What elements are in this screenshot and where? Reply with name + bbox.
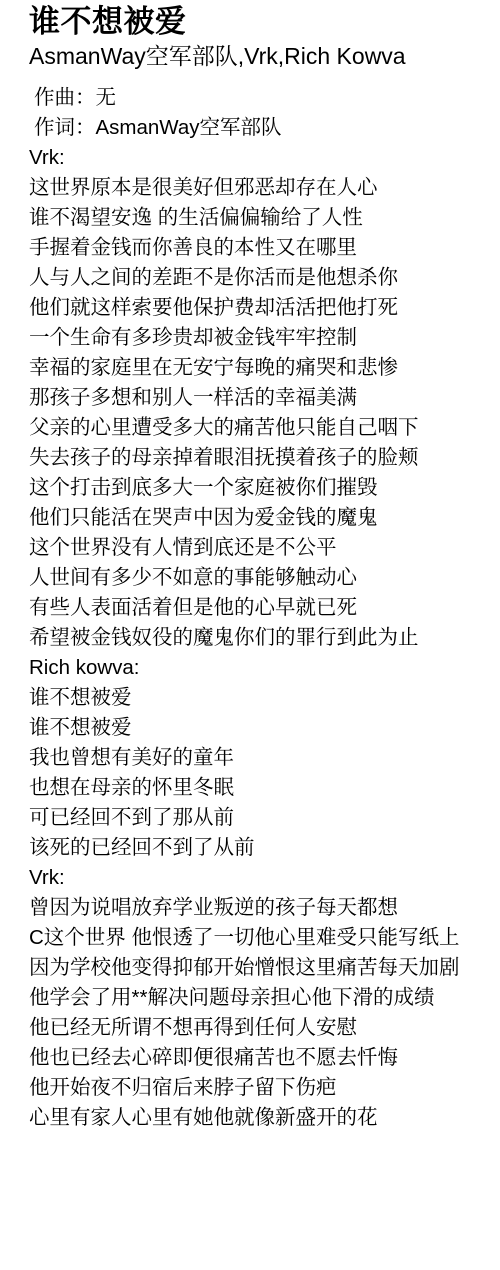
lyric-line: 那孩子多想和别人一样活的幸福美满 — [29, 383, 492, 413]
lyric-line: 这个世界没有人情到底还是不公平 — [29, 533, 492, 563]
lyric-line: 失去孩子的母亲掉着眼泪抚摸着孩子的脸颊 — [29, 443, 492, 473]
lyric-line: 因为学校他变得抑郁开始憎恨这里痛苦每天加剧 — [29, 953, 492, 983]
lyric-line: 手握着金钱而你善良的本性又在哪里 — [29, 233, 492, 263]
credit-lyricist: 作词：AsmanWay空军部队 — [34, 113, 492, 143]
lyric-line: 他学会了用**解决问题母亲担心他下滑的成绩 — [29, 983, 492, 1013]
lyric-line: 我也曾想有美好的童年 — [29, 743, 492, 773]
lyric-line: 他们就这样索要他保护费却活活把他打死 — [29, 293, 492, 323]
lyric-line: Vrk: — [29, 143, 492, 173]
credits: 作曲：无 作词：AsmanWay空军部队 — [29, 83, 492, 143]
lyric-line: 心里有家人心里有她他就像新盛开的花 — [29, 1103, 492, 1133]
lyric-line: C这个世界 他恨透了一切他心里难受只能写纸上 — [29, 923, 492, 953]
song-title: 谁不想被爱 — [29, 2, 492, 42]
lyric-line: 这个打击到底多大一个家庭被你们摧毁 — [29, 473, 492, 503]
lyric-line: 曾因为说唱放弃学业叛逆的孩子每天都想 — [29, 893, 492, 923]
lyric-line: 也想在母亲的怀里冬眠 — [29, 773, 492, 803]
lyric-line: 他也已经去心碎即便很痛苦也不愿去忏悔 — [29, 1043, 492, 1073]
lyric-line: 人与人之间的差距不是你活而是他想杀你 — [29, 263, 492, 293]
lyric-line: 他已经无所谓不想再得到任何人安慰 — [29, 1013, 492, 1043]
lyric-line: 幸福的家庭里在无安宁每晚的痛哭和悲惨 — [29, 353, 492, 383]
lyric-line: Rich kowva: — [29, 653, 492, 683]
lyric-line: 这世界原本是很美好但邪恶却存在人心 — [29, 173, 492, 203]
credit-composer: 作曲：无 — [34, 83, 492, 113]
lyric-line: 谁不想被爱 — [29, 713, 492, 743]
lyric-line: Vrk: — [29, 863, 492, 893]
lyric-line: 父亲的心里遭受多大的痛苦他只能自己咽下 — [29, 413, 492, 443]
lyric-line: 谁不想被爱 — [29, 683, 492, 713]
lyric-line: 该死的已经回不到了从前 — [29, 833, 492, 863]
lyric-line: 有些人表面活着但是他的心早就已死 — [29, 593, 492, 623]
lyric-line: 一个生命有多珍贵却被金钱牢牢控制 — [29, 323, 492, 353]
lyric-line: 人世间有多少不如意的事能够触动心 — [29, 563, 492, 593]
lyric-line: 希望被金钱奴役的魔鬼你们的罪行到此为止 — [29, 623, 492, 653]
lyric-line: 他开始夜不归宿后来脖子留下伤疤 — [29, 1073, 492, 1103]
lyrics: Vrk:这世界原本是很美好但邪恶却存在人心谁不渴望安逸 的生活偏偏输给了人性手握… — [29, 143, 492, 1133]
lyrics-page: 谁不想被爱 AsmanWay空军部队,Vrk,Rich Kowva 作曲：无 作… — [0, 0, 500, 1133]
lyric-line: 可已经回不到了那从前 — [29, 803, 492, 833]
lyric-line: 他们只能活在哭声中因为爱金钱的魔鬼 — [29, 503, 492, 533]
artist-line: AsmanWay空军部队,Vrk,Rich Kowva — [29, 42, 492, 70]
lyric-line: 谁不渴望安逸 的生活偏偏输给了人性 — [29, 203, 492, 233]
